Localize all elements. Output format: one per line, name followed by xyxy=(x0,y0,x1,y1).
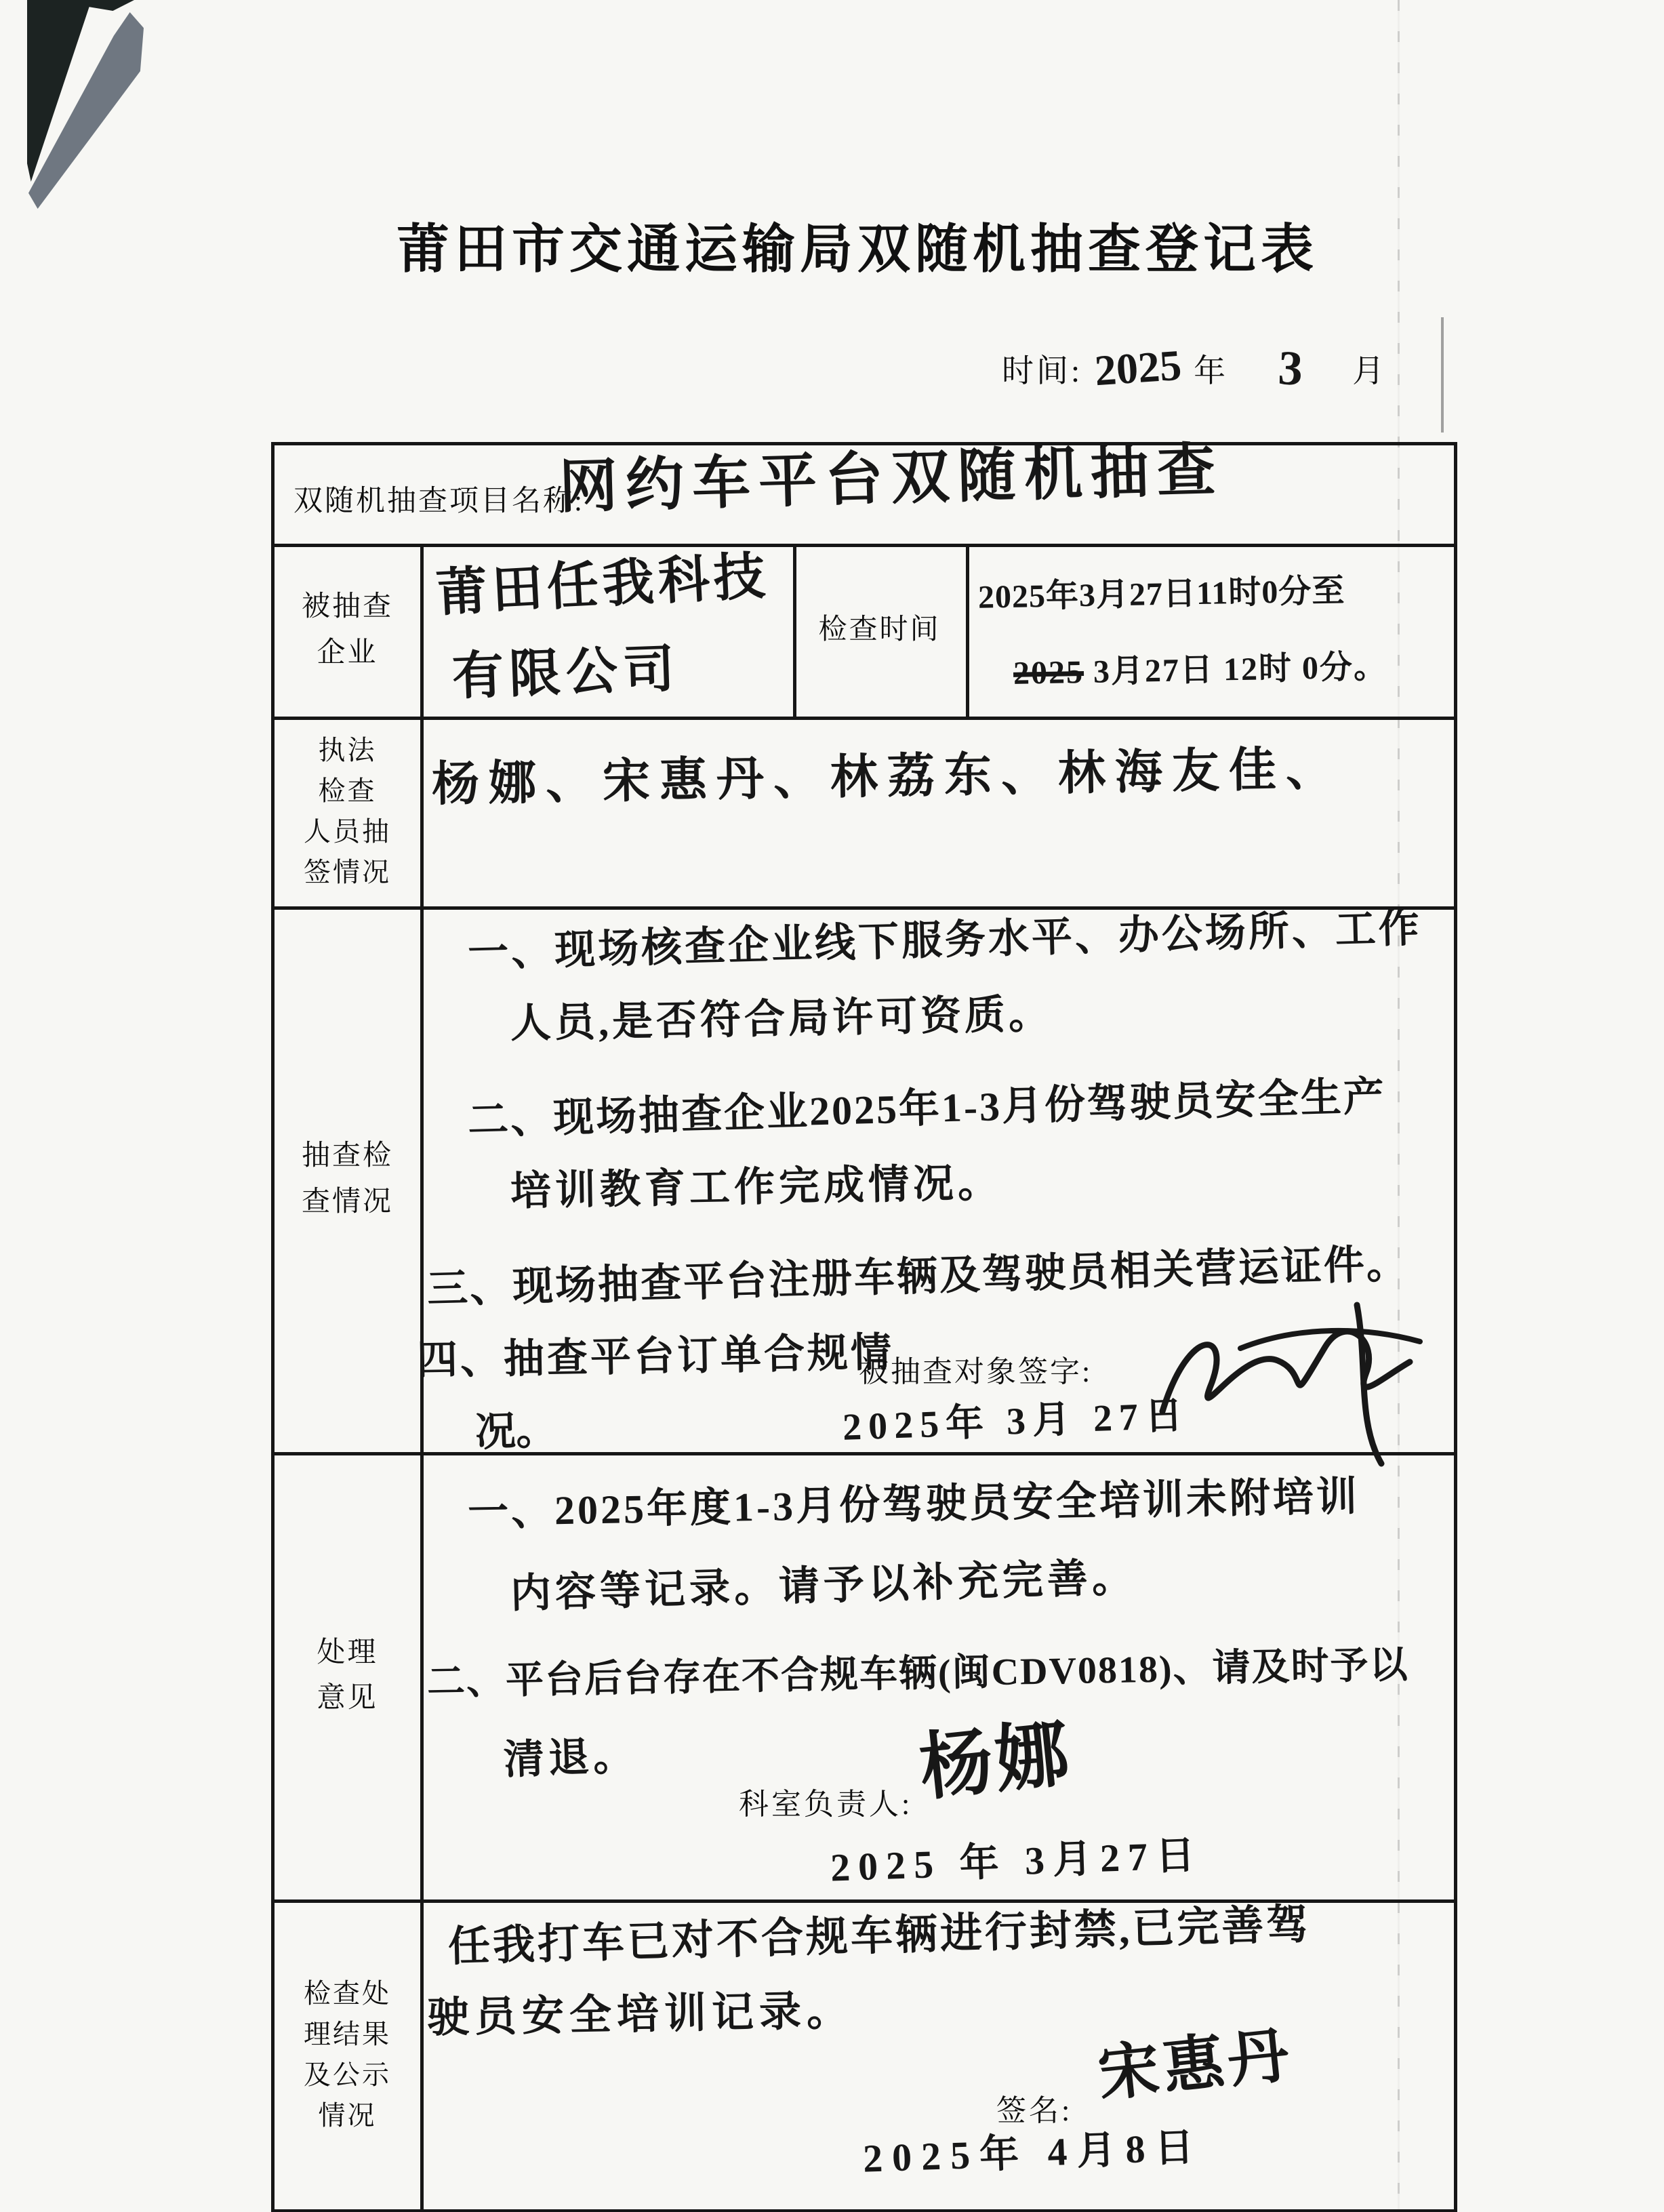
inspection-time-label: 检查时间 xyxy=(793,544,966,717)
result-date-handwritten: 2025年 4月8日 xyxy=(862,2127,1204,2179)
opinion-item1-line1-handwritten: 一、2025年度1-3月份驾驶员安全培训未附培训 xyxy=(468,1476,1360,1533)
result-signature-handwritten: 宋惠丹 xyxy=(1095,2025,1296,2106)
inspected-party-sign-date-handwritten: 2025年 3月 27日 xyxy=(842,1396,1190,1447)
time-label: 时间: xyxy=(1002,346,1082,391)
enterprise-label: 被抽查 企业 xyxy=(275,544,420,717)
time-column-divider xyxy=(966,544,969,717)
section-chief-signature-handwritten: 杨娜 xyxy=(916,1718,1075,1807)
inspection-time-line2-handwritten: 2025 3月27日 12时 0分。 xyxy=(1013,651,1388,690)
opinion-item2-line2-handwritten: 清退。 xyxy=(503,1735,638,1781)
form-date-line: 时间: 2025 年 3 月 xyxy=(1002,338,1384,399)
result-label-line2: 理结果 xyxy=(304,2014,391,2055)
scan-corner-notch xyxy=(87,0,134,11)
opinion-item2-line1-handwritten: 二、平台后台存在不合规车辆(闽CDV0818)、请及时予以 xyxy=(427,1646,1409,1701)
inspection-item4-line1-handwritten: 四、抽查平台订单合规情 xyxy=(417,1332,895,1381)
page-fold-line-segment xyxy=(1441,317,1444,433)
inspectors-label-line1: 执法 xyxy=(319,730,377,771)
inspectors-label-line2: 检查 xyxy=(319,771,377,811)
opinion-item1-line2-handwritten: 内容等记录。请予以补充完善。 xyxy=(510,1557,1137,1614)
inspected-party-signature-scribble xyxy=(1139,1286,1430,1483)
time-year-unit: 年 xyxy=(1194,346,1225,391)
inspected-party-sign-label: 被抽查对象签字: xyxy=(859,1347,1092,1390)
inspection-time-label-text: 检查时间 xyxy=(818,607,940,653)
inspection-time-line2-rest: 3月27日 12时 0分。 xyxy=(1093,649,1388,690)
form-title: 莆田市交通运输局双随机抽查登记表 xyxy=(380,222,1335,275)
handling-opinion-label-line2: 意见 xyxy=(317,1676,378,1721)
inspection-item4-line2-handwritten: 况。 xyxy=(474,1409,557,1453)
enterprise-name-line2-handwritten: 有限公司 xyxy=(451,643,681,703)
time-year-handwritten: 2025 xyxy=(1093,344,1183,393)
result-line2-handwritten: 驶员安全培训记录。 xyxy=(427,1990,855,2040)
inspection-item2-line2-handwritten: 培训教育工作完成情况。 xyxy=(510,1163,1003,1212)
enterprise-name-line1-handwritten: 莆田任我科技 xyxy=(434,550,770,620)
scanned-form-page: 莆田市交通运输局双随机抽查登记表 时间: 2025 年 3 月 双随机抽查项目名… xyxy=(0,0,1664,2212)
inspection-time-line1-handwritten: 2025年3月27日11时0分至 xyxy=(978,575,1345,614)
registration-table: 双随机抽查项目名称: 网约车平台双随机抽查 被抽查 企业 莆田任我科技 有限公司… xyxy=(271,442,1457,2212)
inspectors-label: 执法 检查 人员抽 签情况 xyxy=(275,717,420,906)
enterprise-label-line1: 被抽查 xyxy=(302,584,393,630)
result-label-line3: 及公示 xyxy=(304,2055,391,2095)
result-label-line4: 情况 xyxy=(319,2095,377,2136)
struck-year-handwritten: 2025 xyxy=(1013,654,1084,691)
inspection-item2-line1-handwritten: 二、现场抽查企业2025年1-3月份驾驶员安全生产 xyxy=(467,1076,1386,1140)
handling-opinion-label-line1: 处理 xyxy=(317,1630,378,1676)
time-month-handwritten: 3 xyxy=(1277,343,1304,393)
inspector-names-handwritten: 杨娜、宋惠丹、林荔东、林海友佳、 xyxy=(431,746,1343,809)
enterprise-label-line2: 企业 xyxy=(317,630,378,676)
inspection-situation-label-line1: 抽查检 xyxy=(302,1133,393,1179)
time-month-unit: 月 xyxy=(1352,346,1384,391)
inspection-situation-label-line2: 查情况 xyxy=(302,1180,393,1225)
handling-opinion-label: 处理 意见 xyxy=(275,1452,420,1899)
inspectors-label-line4: 签情况 xyxy=(304,852,391,893)
inspection-item1-line1-handwritten: 一、现场核查企业线下服务水平、办公场所、工作 xyxy=(467,908,1422,973)
inspectors-label-line3: 人员抽 xyxy=(304,811,391,852)
row-divider-2 xyxy=(275,717,1454,720)
project-name-label: 双随机抽查项目名称: xyxy=(293,478,584,519)
result-line1-handwritten: 任我打车已对不合规车辆进行封禁,已完善驾 xyxy=(447,1904,1312,1968)
inspection-situation-label: 抽查检 查情况 xyxy=(275,906,420,1452)
result-label: 检查处 理结果 及公示 情况 xyxy=(275,1899,420,2209)
section-chief-label: 科室负责人: xyxy=(739,1779,912,1823)
project-name-value-handwritten: 网约车平台双随机抽查 xyxy=(559,441,1224,517)
result-sign-label: 签名: xyxy=(996,2086,1072,2129)
result-label-line1: 检查处 xyxy=(304,1973,391,2014)
section-chief-date-handwritten: 2025 年 3月27日 xyxy=(830,1835,1204,1887)
inspection-item1-line2-handwritten: 人员,是否符合局许可资质。 xyxy=(510,994,1053,1044)
